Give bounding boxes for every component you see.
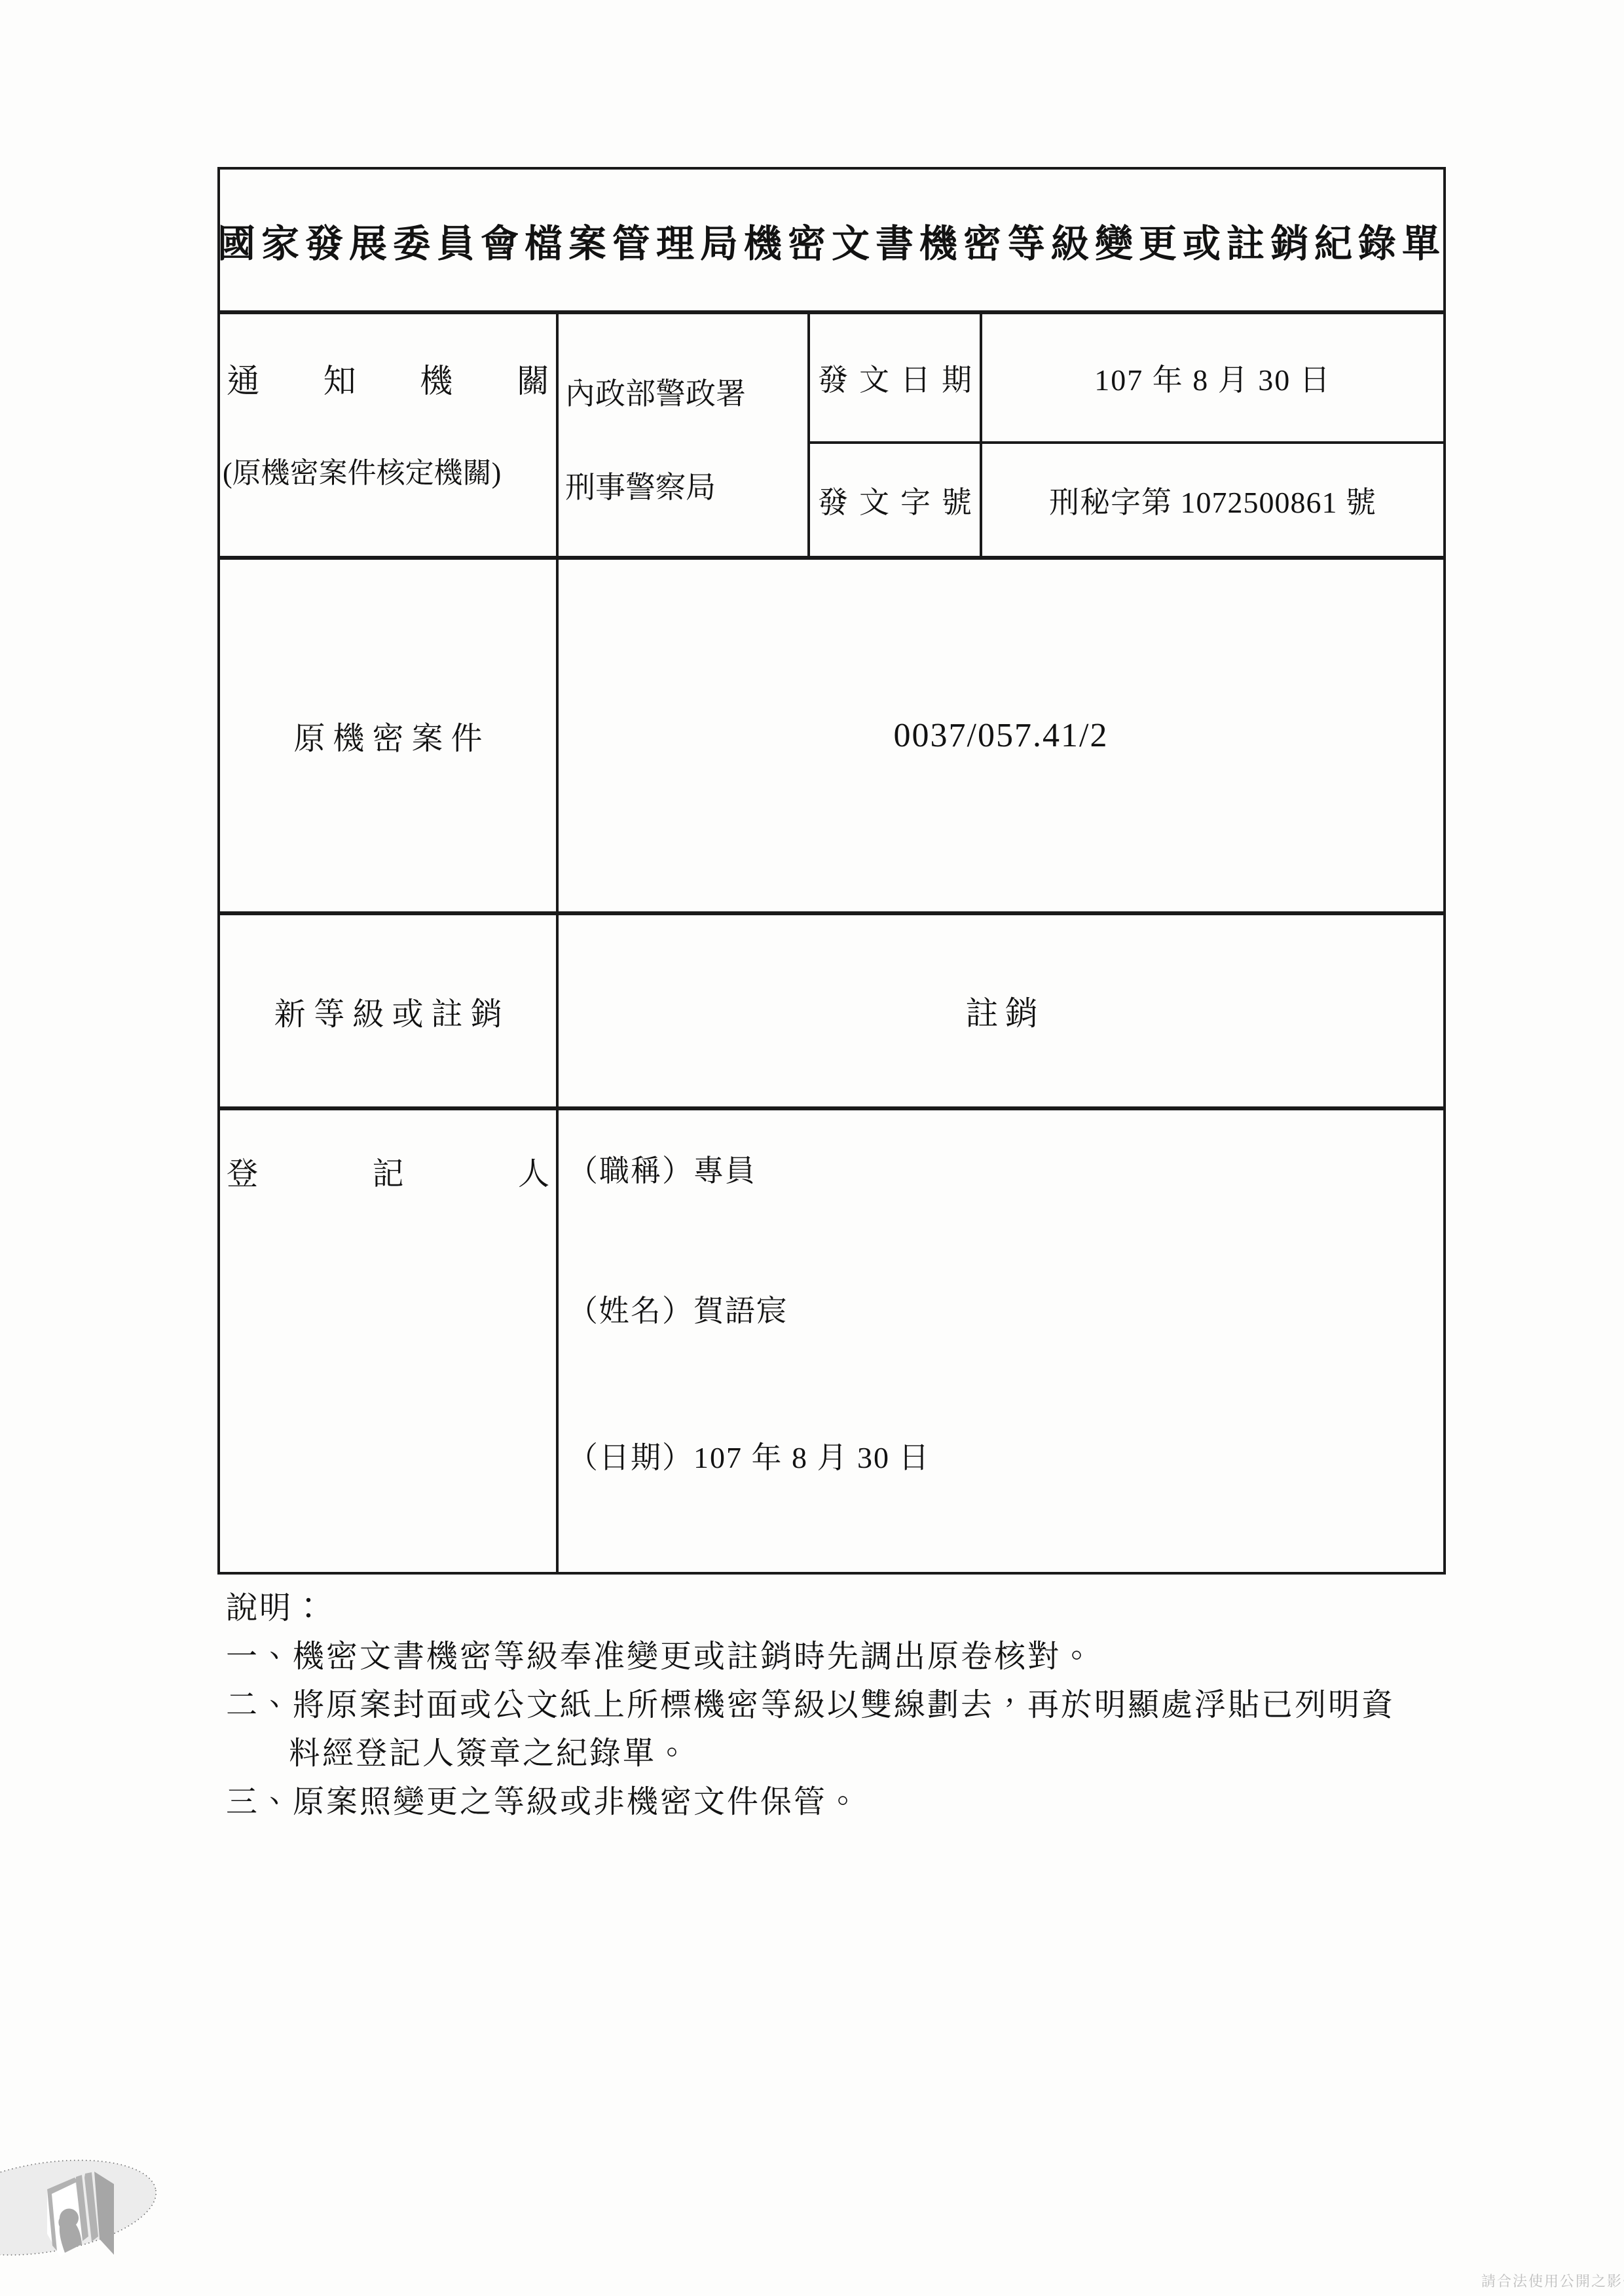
registrar-date-line: （日期）107 年 8 月 30 日	[568, 1434, 931, 1477]
notify-agency-label-cell: 通知機關 (原機密案件核定機關)	[220, 314, 559, 560]
new-level-label: 新等級或註銷	[220, 915, 559, 1110]
registrar-title-line: （職稱）專員	[568, 1147, 756, 1190]
registrar-name-line: （姓名）賀語宸	[568, 1287, 788, 1330]
issue-date-label: 發文日期	[810, 356, 980, 399]
issue-number-label-cell: 發文字號	[810, 444, 982, 560]
legal-use-watermark: 請合法使用公開之影像	[1481, 2270, 1624, 2291]
record-form-table: 國家發展委員會檔案管理局機密文書機密等級變更或註銷紀錄單 通知機關 (原機密案件…	[217, 167, 1446, 1575]
registrar-value-cell: （職稱）專員 （姓名）賀語宸 （日期）107 年 8 月 30 日	[559, 1110, 1443, 1572]
note-line: 一、機密文書機密等級奉准變更或註銷時先調出原卷核對。	[226, 1633, 1457, 1681]
original-case-value: 0037/057.41/2	[559, 560, 1443, 915]
notify-agency-value-line2: 刑事警察局	[565, 464, 716, 507]
issue-date-label-cell: 發文日期	[810, 314, 982, 444]
notify-agency-label: 通知機關	[220, 355, 556, 402]
registrar-label: 登記人	[220, 1148, 556, 1194]
issue-number-label: 發文字號	[810, 479, 980, 522]
note-line: 二、將原案封面或公文紙上所標機密等級以雙線劃去，再於明顯處浮貼已列明資	[226, 1681, 1457, 1730]
scanned-form-page: 國家發展委員會檔案管理局機密文書機密等級變更或註銷紀錄單 通知機關 (原機密案件…	[0, 0, 1624, 2296]
note-line-continuation: 料經登記人簽章之紀錄單。	[226, 1730, 1457, 1778]
notify-agency-value-line1: 內政部警政署	[565, 370, 746, 413]
notify-agency-sublabel: (原機密案件核定機關)	[223, 449, 501, 491]
notify-agency-value-cell: 內政部警政署 刑事警察局	[559, 314, 810, 560]
notes-heading: 說明：	[226, 1584, 1457, 1633]
notes-section: 說明： 一、機密文書機密等級奉准變更或註銷時先調出原卷核對。 二、將原案封面或公…	[226, 1584, 1457, 1827]
national-archives-logo-icon	[0, 2155, 170, 2265]
new-level-value: 註銷	[559, 915, 1443, 1110]
form-title: 國家發展委員會檔案管理局機密文書機密等級變更或註銷紀錄單	[220, 170, 1443, 314]
note-line: 三、原案照變更之等級或非機密文件保管。	[226, 1778, 1457, 1827]
registrar-label-cell: 登記人	[220, 1110, 559, 1572]
issue-date-value: 107 年 8 月 30 日	[982, 314, 1443, 444]
original-case-label: 原機密案件	[220, 560, 559, 915]
issue-number-value: 刑秘字第 1072500861 號	[982, 444, 1443, 560]
